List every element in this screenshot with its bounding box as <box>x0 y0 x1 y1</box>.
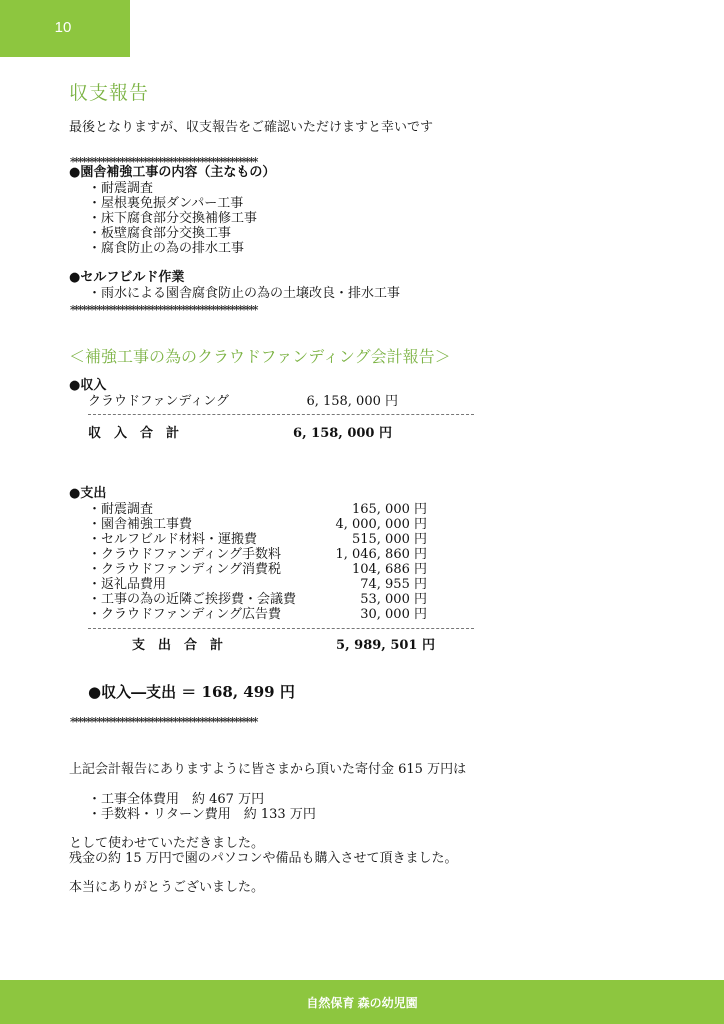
expense-amount: 30, 000 円 <box>300 607 427 622</box>
works-heading: ●園舎補強工事の内容（主なもの） <box>69 165 275 181</box>
page-title: 収支報告 <box>69 78 149 105</box>
page-number: 10 <box>55 19 72 36</box>
expense-label: ・クラウドファンディング手数料 <box>88 547 281 562</box>
expense-amount: 1, 046, 860 円 <box>300 547 427 562</box>
closing-line2: として使わせていただきました。 <box>69 836 264 852</box>
separator: ****************************************… <box>70 716 256 728</box>
expense-label: ・返礼品費用 <box>88 577 166 592</box>
thanks-text: 本当にありがとうございました。 <box>69 880 264 896</box>
footer-bar: 自然保育 森の幼児園 <box>0 980 724 1024</box>
separator: ****************************************… <box>70 304 256 316</box>
closing-line3: 残金の約 15 万円で園のパソコンや備品も購入させて頂きました。 <box>69 851 458 867</box>
expense-amount: 515, 000 円 <box>300 532 427 547</box>
selfbuild-heading: ●セルフビルド作業 <box>69 270 184 286</box>
expense-amount: 74, 955 円 <box>300 577 427 592</box>
balance: ●収入―支出 ＝ 168, 499 円 <box>88 683 295 701</box>
selfbuild-item: ・雨水による園舎腐食防止の為の土壌改良・排水工事 <box>88 286 400 302</box>
closing-item: ・工事全体費用 約 467 万円 <box>88 792 264 808</box>
report-title: ＜補強工事の為のクラウドファンディング会計報告＞ <box>69 344 451 367</box>
expense-amount: 53, 000 円 <box>300 592 427 607</box>
closing-item: ・手数料・リターン費用 約 133 万円 <box>88 807 316 823</box>
income-item-amount: 6, 158, 000 円 <box>260 394 398 409</box>
income-total: 6, 158, 000 円 <box>250 426 392 441</box>
intro-text: 最後となりますが、収支報告をご確認いただけますと幸いです <box>69 120 433 136</box>
expense-total-label: 支 出 合 計 <box>132 638 223 653</box>
works-item: ・屋根裏免振ダンパー工事 <box>88 196 243 212</box>
expense-label: ・クラウドファンディング消費税 <box>88 562 281 577</box>
footer-org-name: 自然保育 森の幼児園 <box>306 994 417 1011</box>
income-item-label: クラウドファンディング <box>88 394 229 409</box>
expense-label: ・園舎補強工事費 <box>88 517 192 532</box>
income-total-label: 収 入 合 計 <box>88 426 179 441</box>
expense-total: 5, 989, 501 円 <box>290 638 435 653</box>
works-item: ・床下腐食部分交換補修工事 <box>88 211 257 227</box>
expense-label: ・セルフビルド材料・運搬費 <box>88 532 257 547</box>
works-item: ・板壁腐食部分交換工事 <box>88 226 231 242</box>
divider <box>88 414 474 415</box>
expense-heading: ●支出 <box>69 486 106 502</box>
divider <box>88 628 474 629</box>
works-item: ・耐震調査 <box>88 181 153 197</box>
page-number-tab: 10 <box>0 0 130 57</box>
expense-label: ・耐震調査 <box>88 502 153 517</box>
works-item: ・腐食防止の為の排水工事 <box>88 241 244 257</box>
expense-label: ・工事の為の近隣ご挨拶費・会議費 <box>88 592 296 607</box>
expense-amount: 165, 000 円 <box>300 502 427 517</box>
closing-line1: 上記会計報告にありますように皆さまから頂いた寄付金 615 万円は <box>69 762 466 778</box>
income-heading: ●収入 <box>69 378 106 394</box>
expense-amount: 4, 000, 000 円 <box>300 517 427 532</box>
expense-label: ・クラウドファンディング広告費 <box>88 607 281 622</box>
expense-amount: 104, 686 円 <box>300 562 427 577</box>
